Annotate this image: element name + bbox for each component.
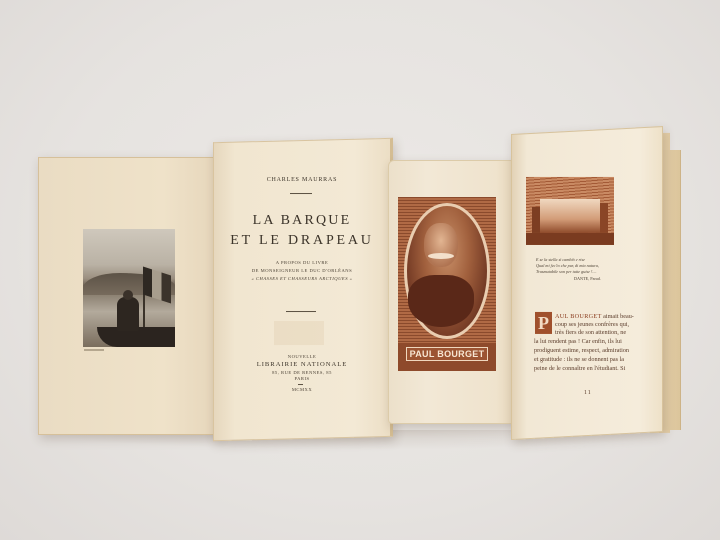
portrait-face: [424, 223, 458, 267]
body-line-text: aimait beau-: [602, 313, 634, 320]
body-line: la lui rendent pas ! Car enfin, ils lui: [534, 338, 622, 345]
epigraph-line: E se la stella sì cambiò e rise: [536, 257, 585, 262]
chateau-engraving: [526, 177, 614, 245]
publisher-address: 85, RUE DE RENNES, 85: [214, 370, 390, 375]
book-title-line2: ET LE DRAPEAU: [214, 233, 390, 249]
publisher-city: PARIS: [214, 376, 390, 381]
faded-stamp: [274, 321, 324, 345]
portrait-engraving: PAUL BOURGET: [398, 197, 496, 371]
publisher-line1: NOUVELLE: [214, 354, 390, 359]
body-line: AUL BOURGET aimait beau-: [555, 313, 634, 320]
publisher-name: LIBRAIRIE NATIONALE: [214, 361, 390, 368]
drop-cap: P: [535, 312, 552, 334]
rule-divider: [298, 384, 303, 385]
body-line: très fiers de son attention, ne: [555, 329, 626, 336]
body-line: peine de le connaître en l'étudiant. Si: [534, 365, 625, 372]
body-line: et gratitude : ils ne se donnent pas la: [534, 356, 624, 363]
man-head: [123, 290, 133, 300]
epigraph-line: Trasmutabile son per tutte guise !....: [536, 269, 597, 274]
portrait-coat: [408, 275, 474, 327]
subtitle-line2: DE MONSEIGNEUR LE DUC D'ORLÉANS: [214, 268, 390, 273]
portrait-nameplate: PAUL BOURGET: [406, 347, 488, 361]
book1-title-page: CHARLES MAURRAS LA BARQUE ET LE DRAPEAU …: [213, 138, 393, 441]
rule-divider: [286, 311, 316, 312]
epigraph-line: Qual mi fec'io che pur, di mia natura,: [536, 263, 599, 268]
flag-icon: [143, 266, 171, 303]
body-line: prodiguent estime, respect, admiration: [534, 347, 629, 354]
page-number: 11: [584, 390, 592, 396]
epigraph-attribution: DANTE, Parad.: [574, 276, 601, 281]
chateau-ground: [526, 233, 614, 245]
subtitle-line3: « CHASSES ET CHASSEURS ARCTIQUES »: [214, 276, 390, 281]
rule-divider: [290, 193, 312, 194]
body-lead-name: AUL BOURGET: [555, 313, 602, 320]
portrait-mustache: [428, 253, 454, 259]
publication-year: MCMXX: [214, 387, 390, 392]
man-figure: [117, 297, 139, 331]
subtitle-line1: A PROPOS DU LIVRE: [214, 260, 390, 265]
frontispiece-photo: [83, 229, 175, 347]
photo-caption-mark: [84, 349, 104, 351]
body-line: coup ses jeunes confrères qui,: [555, 321, 629, 328]
chateau-building: [540, 199, 600, 233]
book-title-line1: LA BARQUE: [214, 213, 390, 229]
book2-right-page: E se la stella sì cambiò e rise Qual mi …: [511, 126, 663, 440]
author-name: CHARLES MAURRAS: [214, 177, 390, 183]
